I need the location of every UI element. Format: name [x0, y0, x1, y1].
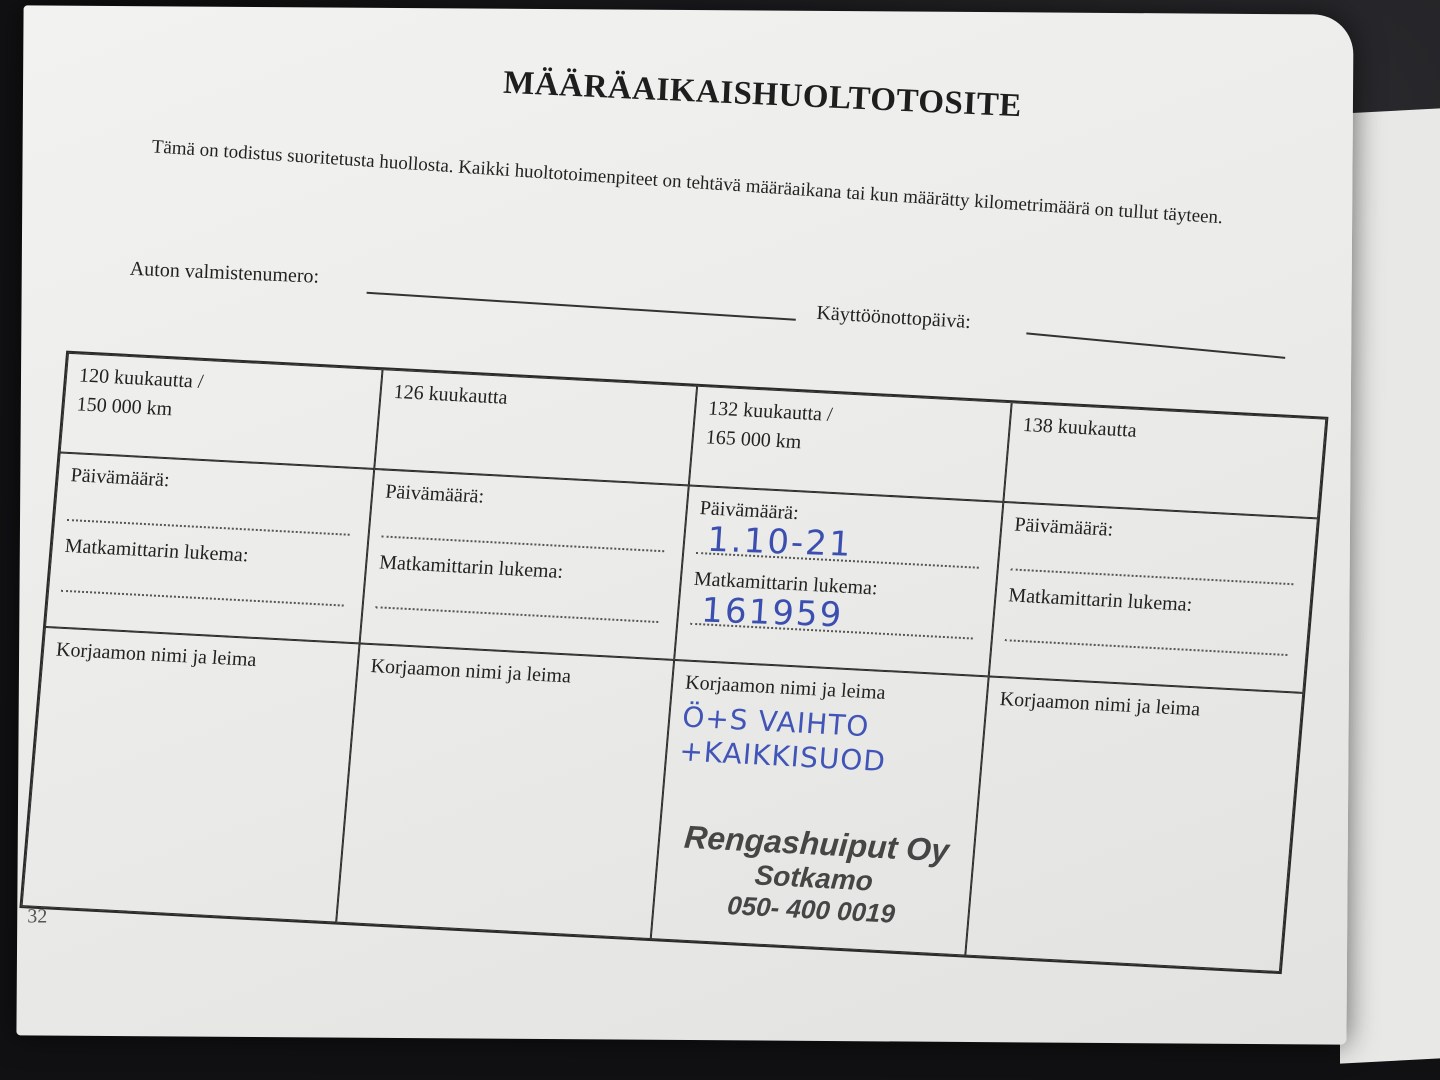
header-cell-3: 138 kuukautta — [1003, 402, 1326, 518]
workshop-cell-0[interactable]: Korjaamon nimi ja leima — [22, 627, 360, 923]
workshop-stamp: Rengashuiput Oy Sotkamo 050- 400 0019 — [666, 818, 963, 933]
record-cell-2: Päivämäärä: 1.10-21 Matkamittarin lukema… — [674, 485, 1003, 676]
workshop-label: Korjaamon nimi ja leima — [55, 639, 346, 677]
workshop-cell-2[interactable]: Korjaamon nimi ja leima Ö+S VAIHTO +KAIK… — [651, 660, 989, 956]
interval-label: 126 kuukautta — [393, 381, 684, 419]
start-date-field[interactable] — [1026, 332, 1285, 358]
workshop-label: Korjaamon nimi ja leima — [999, 688, 1290, 726]
record-cell-3: Päivämäärä: Matkamittarin lukema: — [989, 502, 1318, 693]
vin-label: Auton valmistenumero: — [129, 258, 319, 289]
interval-label: 138 kuukautta — [1022, 414, 1313, 452]
start-date-label: Käyttöönottopäivä: — [816, 302, 972, 334]
service-table: 120 kuukautta /150 000 km 126 kuukautta … — [19, 351, 1328, 974]
vin-field[interactable] — [367, 292, 796, 321]
record-cell-1: Päivämäärä: Matkamittarin lukema: — [360, 469, 689, 660]
page-number: 32 — [27, 905, 47, 928]
intro-text: Tämä on todistus suoritetusta huollosta.… — [151, 134, 1330, 238]
odometer-value: 161959 — [700, 591, 844, 636]
date-value: 1.10-21 — [706, 520, 854, 565]
workshop-label: Korjaamon nimi ja leima — [370, 655, 661, 693]
workshop-cell-3[interactable]: Korjaamon nimi ja leima — [965, 676, 1303, 972]
booklet-page: MÄÄRÄAIKAISHUOLTOTOSITE Tämä on todistus… — [16, 5, 1353, 1044]
record-cell-0: Päivämäärä: Matkamittarin lukema: — [45, 452, 374, 643]
next-page-edge — [1340, 106, 1440, 1063]
header-cell-1: 126 kuukautta — [374, 369, 697, 485]
header-cell-0: 120 kuukautta /150 000 km — [60, 353, 383, 469]
header-cell-2: 132 kuukautta /165 000 km — [689, 386, 1012, 502]
workshop-cell-1[interactable]: Korjaamon nimi ja leima — [336, 643, 674, 939]
page-title: MÄÄRÄAIKAISHUOLTOTOSITE — [502, 65, 1022, 125]
